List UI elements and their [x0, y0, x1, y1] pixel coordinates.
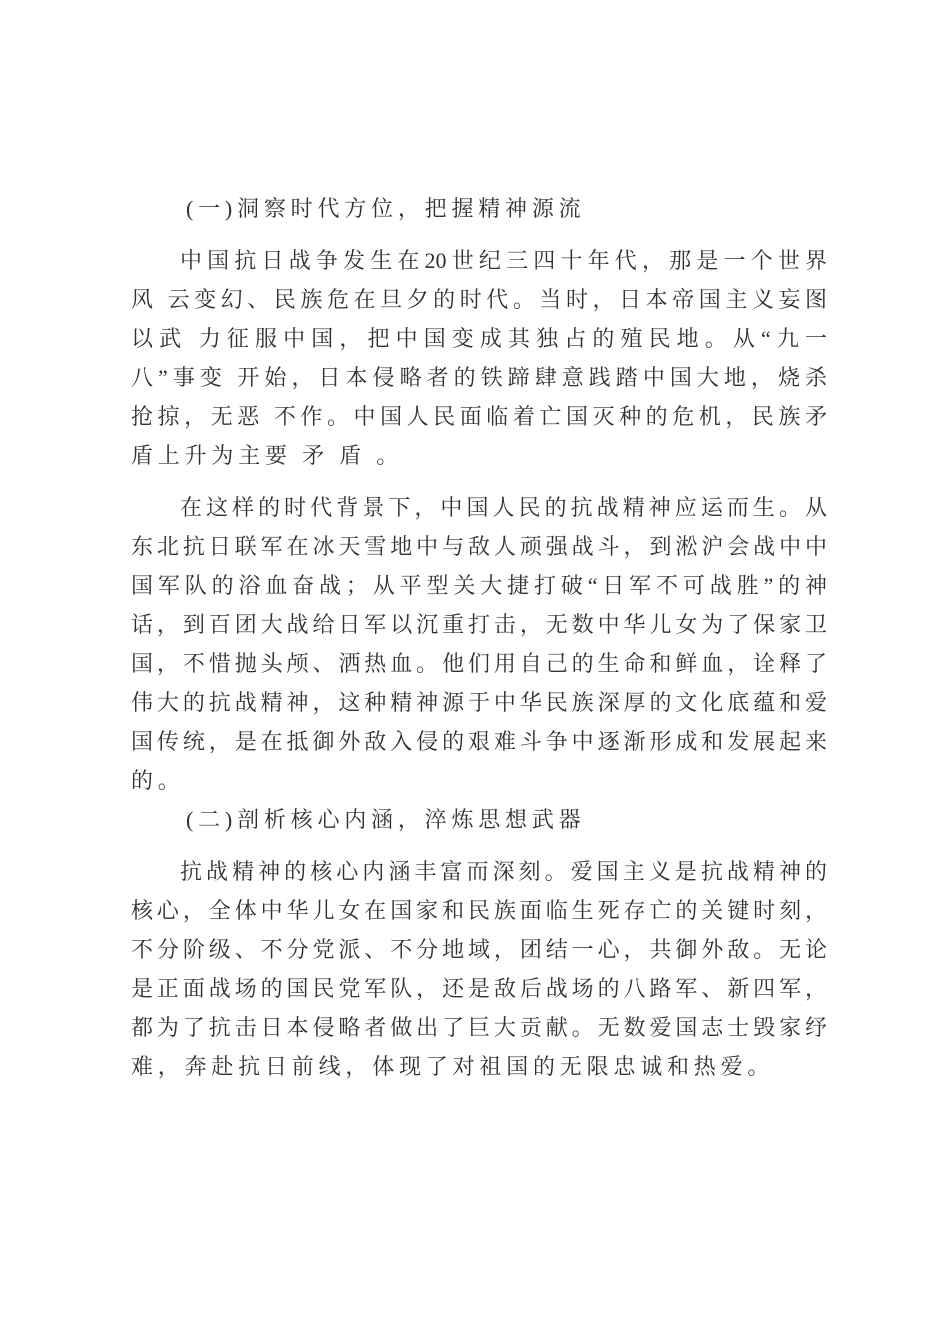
text-line: 抗战精神的核心内涵丰富而深刻。爱国主义是抗战精神的 [131, 852, 827, 891]
section-heading: (二)剖析核心内涵，淬炼思想武器 [131, 800, 827, 839]
section-heading: (一)洞察时代方位，把握精神源流 [131, 189, 827, 228]
text-line: 国，不惜抛头颅、洒热血。他们用自己的生命和鲜血，诠释了 [131, 644, 827, 683]
text-line: 话，到百团大战给日军以沉重打击，无数中华儿女为了保家卫 [131, 605, 827, 644]
text-line: 不分阶级、不分党派、不分地域，团结一心，共御外敌。无论 [131, 930, 827, 969]
text-line: 国军队的浴血奋战；从平型关大捷打破“日军不可战胜”的神 [131, 566, 827, 605]
text-line: 东北抗日联军在冰天雪地中与敌人顽强战斗，到淞沪会战中中 [131, 527, 827, 566]
paragraph: 在这样的时代背景下，中国人民的抗战精神应运而生。从东北抗日联军在冰天雪地中与敌人… [131, 488, 827, 800]
text-line: 以武 力征服中国，把中国变成其独占的殖民地。从“九一 [131, 319, 827, 358]
text-line: 国传统，是在抵御外敌入侵的艰难斗争中逐渐形成和发展起来 [131, 722, 827, 761]
text-line: 中国抗日战争发生在20世纪三四十年代，那是一个世界 [131, 241, 827, 280]
text-line: 盾上升为主要 矛 盾 。 [131, 436, 827, 475]
text-line: 都为了抗击日本侵略者做出了巨大贡献。无数爱国志士毁家纾 [131, 1008, 827, 1047]
text-line: 抢掠，无恶 不作。中国人民面临着亡国灭种的危机，民族矛 [131, 397, 827, 436]
text-line: 风 云变幻、民族危在旦夕的时代。当时，日本帝国主义妄图 [131, 280, 827, 319]
paragraph: 抗战精神的核心内涵丰富而深刻。爱国主义是抗战精神的核心，全体中华儿女在国家和民族… [131, 852, 827, 1086]
text-line: 的。 [131, 761, 827, 800]
paragraph: 中国抗日战争发生在20世纪三四十年代，那是一个世界风 云变幻、民族危在旦夕的时代… [131, 241, 827, 475]
text-line: 在这样的时代背景下，中国人民的抗战精神应运而生。从 [131, 488, 827, 527]
text-line: 是正面战场的国民党军队，还是敌后战场的八路军、新四军， [131, 969, 827, 1008]
document-body: (一)洞察时代方位，把握精神源流中国抗日战争发生在20世纪三四十年代，那是一个世… [131, 189, 827, 1086]
text-line: 八”事变 开始，日本侵略者的铁蹄肆意践踏中国大地，烧杀 [131, 358, 827, 397]
document-page: (一)洞察时代方位，把握精神源流中国抗日战争发生在20世纪三四十年代，那是一个世… [0, 0, 950, 1343]
text-line: 难，奔赴抗日前线，体现了对祖国的无限忠诚和热爱。 [131, 1047, 827, 1086]
text-line: 伟大的抗战精神，这种精神源于中华民族深厚的文化底蕴和爱 [131, 683, 827, 722]
text-line: 核心，全体中华儿女在国家和民族面临生死存亡的关键时刻， [131, 891, 827, 930]
